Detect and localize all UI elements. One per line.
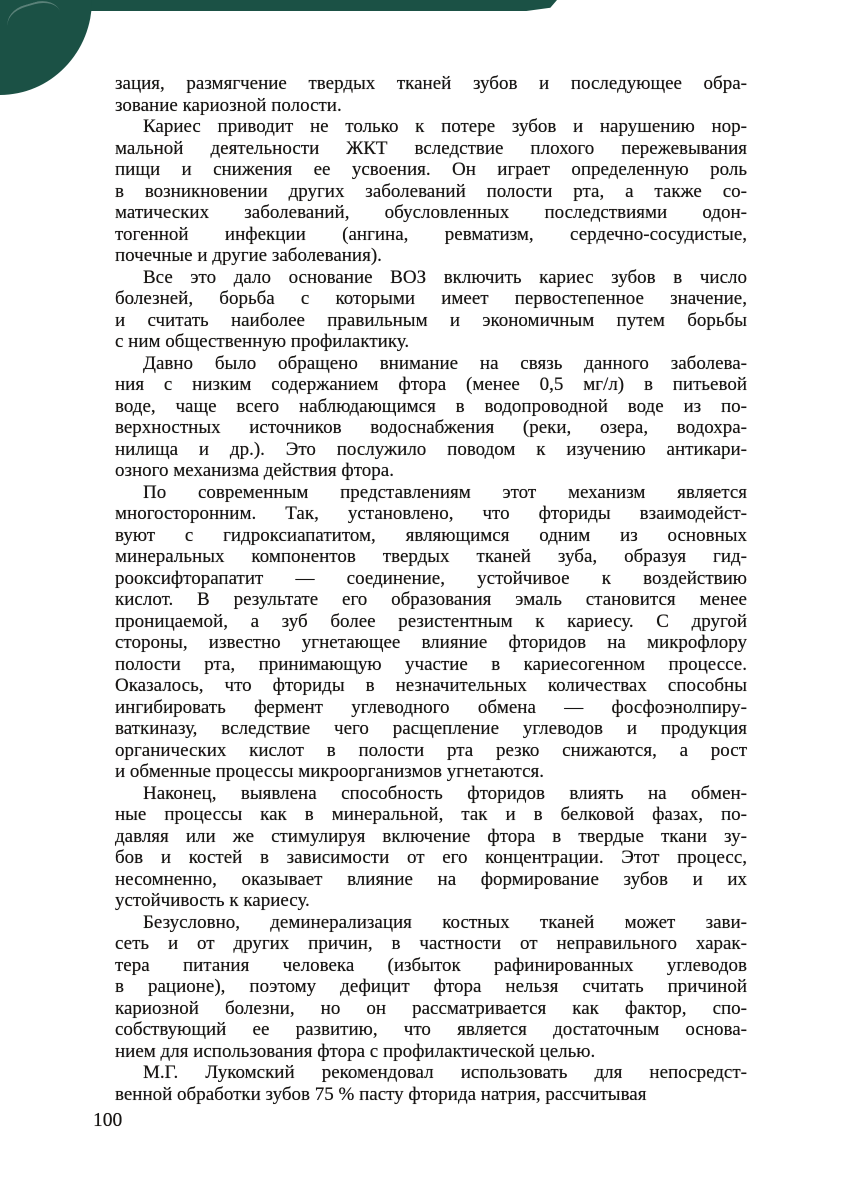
text-line: ваткиназу, вследствие чего расщепление у… bbox=[115, 718, 747, 740]
text-line: в возникновении других заболеваний полос… bbox=[115, 181, 747, 203]
text-line: М.Г. Лукомский рекомендовал использовать… bbox=[115, 1062, 747, 1084]
text-line: мальной деятельности ЖКТ вследствие плох… bbox=[115, 138, 747, 160]
text-line: По современным представлениям этот механ… bbox=[115, 482, 747, 504]
text-line: собствующий ее развитию, что является до… bbox=[115, 1019, 747, 1041]
paragraph: По современным представлениям этот механ… bbox=[115, 482, 747, 783]
text-line: Оказалось, что фториды в незначительных … bbox=[115, 675, 747, 697]
text-line: ные процессы как в минеральной, так и в … bbox=[115, 804, 747, 826]
text-line: Безусловно, деминерализация костных ткан… bbox=[115, 912, 747, 934]
text-line: несомненно, оказывает влияние на формиро… bbox=[115, 869, 747, 891]
text-line: пищи и снижения ее усвоения. Он играет о… bbox=[115, 159, 747, 181]
text-line: проницаемой, а зуб более резистентным к … bbox=[115, 611, 747, 633]
text-line: нилища и др.). Это послужило поводом к и… bbox=[115, 439, 747, 461]
text-line: воде, чаще всего наблюдающимся в водопро… bbox=[115, 396, 747, 418]
page-number: 100 bbox=[93, 1110, 122, 1132]
text-line: зация, размягчение твердых тканей зубов … bbox=[115, 73, 747, 95]
text-line: нием для использования фтора с профилакт… bbox=[115, 1041, 747, 1063]
text-line: почечные и другие заболевания). bbox=[115, 245, 747, 267]
text-line: кислот. В результате его образования эма… bbox=[115, 589, 747, 611]
text-line: матических заболеваний, обусловленных по… bbox=[115, 202, 747, 224]
text-line: озного механизма действия фтора. bbox=[115, 460, 747, 482]
text-line: многосторонним. Так, установлено, что фт… bbox=[115, 503, 747, 525]
text-line: стороны, известно угнетающее влияние фто… bbox=[115, 632, 747, 654]
scan-artifact-corner bbox=[0, 0, 92, 95]
paragraph: Кариес приводит не только к потере зубов… bbox=[115, 116, 747, 267]
text-line: устойчивость к кариесу. bbox=[115, 890, 747, 912]
text-line: давляя или же стимулируя включение фтора… bbox=[115, 826, 747, 848]
text-line: рооксифторапатит — соединение, устойчиво… bbox=[115, 568, 747, 590]
scanned-book-page: зация, размягчение твердых тканей зубов … bbox=[0, 0, 842, 1200]
text-line: бов и костей в зависимости от его концен… bbox=[115, 847, 747, 869]
text-line: кариозной болезни, но он рассматривается… bbox=[115, 998, 747, 1020]
text-line: тера питания человека (избыток рафиниров… bbox=[115, 955, 747, 977]
text-line: в рационе), поэтому дефицит фтора нельзя… bbox=[115, 976, 747, 998]
text-line: ния с низким содержанием фтора (менее 0,… bbox=[115, 374, 747, 396]
text-line: и считать наиболее правильным и экономич… bbox=[115, 310, 747, 332]
text-line: Давно было обращено внимание на связь да… bbox=[115, 353, 747, 375]
text-line: вуют с гидроксиапатитом, являющимся одни… bbox=[115, 525, 747, 547]
text-line: болезней, борьба с которыми имеет первос… bbox=[115, 288, 747, 310]
text-line: Все это дало основание ВОЗ включить кари… bbox=[115, 267, 747, 289]
body-text: зация, размягчение твердых тканей зубов … bbox=[115, 73, 747, 1105]
text-line: ингибировать фермент углеводного обмена … bbox=[115, 697, 747, 719]
text-line: зование кариозной полости. bbox=[115, 95, 747, 117]
text-line: органических кислот в полости рта резко … bbox=[115, 740, 747, 762]
text-line: минеральных компонентов твердых тканей з… bbox=[115, 546, 747, 568]
text-line: сеть и от других причин, в частности от … bbox=[115, 933, 747, 955]
paragraph: зация, размягчение твердых тканей зубов … bbox=[115, 73, 747, 116]
text-line: тогенной инфекции (ангина, ревматизм, се… bbox=[115, 224, 747, 246]
paragraph: Безусловно, деминерализация костных ткан… bbox=[115, 912, 747, 1063]
text-line: Кариес приводит не только к потере зубов… bbox=[115, 116, 747, 138]
text-line: и обменные процессы микроорганизмов угне… bbox=[115, 761, 747, 783]
text-line: венной обработки зубов 75 % пасту фторид… bbox=[115, 1084, 747, 1106]
paragraph: М.Г. Лукомский рекомендовал использовать… bbox=[115, 1062, 747, 1105]
paragraph: Все это дало основание ВОЗ включить кари… bbox=[115, 267, 747, 353]
text-line: Наконец, выявлена способность фторидов в… bbox=[115, 783, 747, 805]
paragraph: Наконец, выявлена способность фторидов в… bbox=[115, 783, 747, 912]
text-line: с ним общественную профилактику. bbox=[115, 331, 747, 353]
text-line: верхностных источников водоснабжения (ре… bbox=[115, 417, 747, 439]
text-line: полости рта, принимающую участие в карие… bbox=[115, 654, 747, 676]
paragraph: Давно было обращено внимание на связь да… bbox=[115, 353, 747, 482]
